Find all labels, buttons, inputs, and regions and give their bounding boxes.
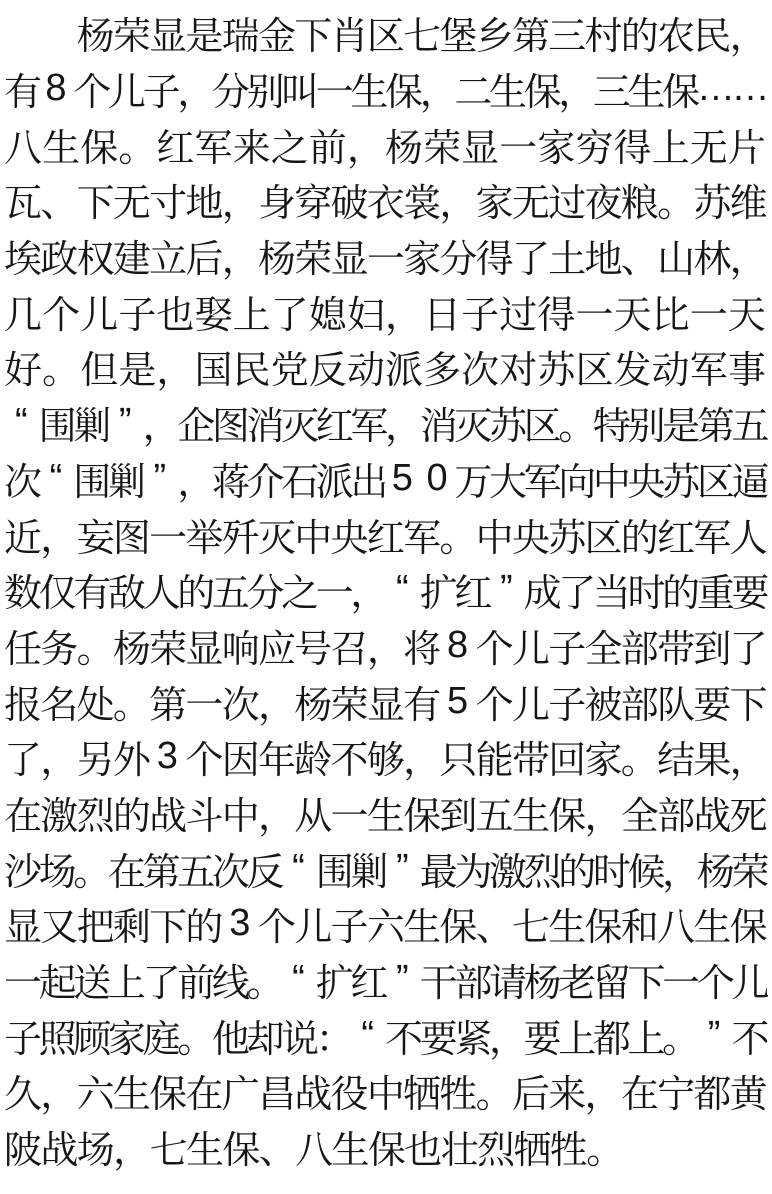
- text-line: “围剿”，企图消灭红军，消灭苏区。特别是第五: [4, 395, 766, 451]
- text-line: 久，六生保在广昌战役中牺牲。后来，在宁都黄: [4, 1063, 766, 1119]
- text-line: 一起送上了前线。“扩红”干部请杨老留下一个儿: [4, 952, 766, 1008]
- text-line: 数仅有敌人的五分之一，“扩红”成了当时的重要: [4, 562, 766, 618]
- text-line: 几个儿子也娶上了媳妇，日子过得一天比一天: [4, 283, 766, 339]
- text-line: 八生保。红军来之前，杨荣显一家穷得上无片: [4, 116, 766, 172]
- text-line: 子照顾家庭。他却说：“不要紧，要上都上。”不: [4, 1007, 766, 1063]
- text-line: 了，另外3个因年龄不够，只能带回家。结果，: [4, 729, 766, 785]
- text-line: 埃政权建立后，杨荣显一家分得了土地、山林，: [4, 228, 766, 284]
- text-line: 报名处。第一次，杨荣显有5个儿子被部队要下: [4, 673, 766, 729]
- text-line: 显又把剩下的3个儿子六生保、七生保和八生保: [4, 896, 766, 952]
- text-line: 近，妄图一举歼灭中央红军。中央苏区的红军人: [4, 506, 766, 562]
- text-line: 瓦、下无寸地，身穿破衣裳，家无过夜粮。苏维: [4, 172, 766, 228]
- text-line: 好。但是，国民党反动派多次对苏区发动军事: [4, 339, 766, 395]
- text-line: 在激烈的战斗中，从一生保到五生保，全部战死: [4, 785, 766, 841]
- text-line: 有8个儿子，分别叫一生保，二生保，三生保……: [4, 61, 766, 117]
- document-page: 杨荣显是瑞金下肖区七堡乡第三村的农民， 有8个儿子，分别叫一生保，二生保，三生保…: [0, 0, 772, 1194]
- text-line: 沙场。在第五次反“围剿”最为激烈的时候，杨荣: [4, 840, 766, 896]
- text-line: 杨荣显是瑞金下肖区七堡乡第三村的农民，: [4, 5, 766, 61]
- text-line: 任务。杨荣显响应号召，将8个儿子全部带到了: [4, 618, 766, 674]
- text-line: 次“围剿”，蒋介石派出50万大军向中央苏区逼: [4, 451, 766, 507]
- text-line: 陂战场，七生保、八生保也壮烈牺牲。: [4, 1119, 766, 1175]
